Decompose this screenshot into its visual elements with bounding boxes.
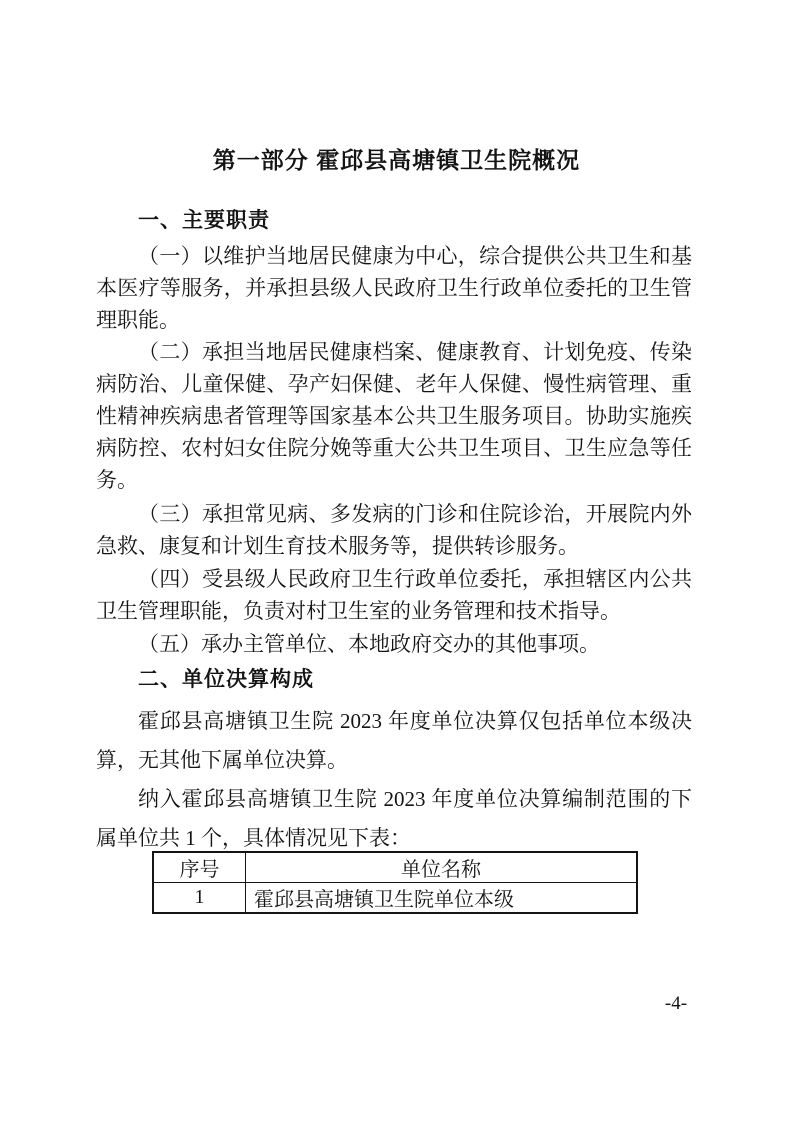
para-1: （一）以维护当地居民健康为中心，综合提供公共卫生和基本医疗等服务，并承担县级人民… — [96, 240, 692, 336]
text-line: 霍邱县高塘镇卫生院 2023 年度单位决算仅包括单位本级决 — [96, 702, 692, 741]
para-4: （四）受县级人民政府卫生行政单位委托，承担辖区内公共卫生管理职能，负责对村卫生室… — [96, 563, 692, 627]
para-5: （五）承办主管单位、本地政府交办的其他事项。 — [96, 628, 692, 660]
para-7: 纳入霍邱县高塘镇卫生院 2023 年度单位决算编制范围的下属单位共 1 个，具体… — [96, 780, 692, 858]
table-row: 1霍邱县高塘镇卫生院单位本级 — [153, 883, 637, 914]
para-6: 霍邱县高塘镇卫生院 2023 年度单位决算仅包括单位本级决算，无其他下属单位决算… — [96, 702, 692, 780]
text-line: （一）以维护当地居民健康为中心，综合提供公共卫生和基 — [96, 240, 692, 272]
text-line: 病防控、农村妇女住院分娩等重大公共卫生项目、卫生应急等任 — [96, 432, 692, 464]
text-line: （四）受县级人民政府卫生行政单位委托，承担辖区内公共 — [96, 563, 692, 595]
text-line: 卫生管理职能，负责对村卫生室的业务管理和技术指导。 — [96, 595, 692, 627]
text-line: 本医疗等服务，并承担县级人民政府卫生行政单位委托的卫生管 — [96, 272, 692, 304]
table-cell: 霍邱县高塘镇卫生院单位本级 — [246, 883, 638, 914]
text-line: （二）承担当地居民健康档案、健康教育、计划免疫、传染 — [96, 336, 692, 368]
text-line: 病防治、儿童保健、孕产妇保健、老年人保健、慢性病管理、重 — [96, 368, 692, 400]
heading-2: 二、单位决算构成 — [96, 667, 692, 693]
text-line: 算，无其他下属单位决算。 — [96, 741, 692, 780]
table-header-row: 序号单位名称 — [153, 852, 637, 883]
text-line: 纳入霍邱县高塘镇卫生院 2023 年度单位决算编制范围的下 — [96, 780, 692, 819]
text-line: 急救、康复和计划生育技术服务等，提供转诊服务。 — [96, 530, 692, 562]
text-line: 理职能。 — [96, 304, 692, 336]
document-page: 第一部分 霍邱县高塘镇卫生院概况一、主要职责（一）以维护当地居民健康为中心，综合… — [0, 0, 793, 1122]
units-table: 序号单位名称1霍邱县高塘镇卫生院单位本级 — [152, 851, 638, 914]
page-number: -4- — [641, 994, 711, 1014]
text-line: 务。 — [96, 464, 692, 496]
table-header-cell: 单位名称 — [246, 852, 638, 883]
text-line: （三）承担常见病、多发病的门诊和住院诊治，开展院内外 — [96, 498, 692, 530]
para-3: （三）承担常见病、多发病的门诊和住院诊治，开展院内外急救、康复和计划生育技术服务… — [96, 498, 692, 562]
table-cell: 1 — [153, 883, 246, 914]
text-line: 性精神疾病患者管理等国家基本公共卫生服务项目。协助实施疾 — [96, 400, 692, 432]
para-2: （二）承担当地居民健康档案、健康教育、计划免疫、传染病防治、儿童保健、孕产妇保健… — [96, 336, 692, 496]
text-line: （五）承办主管单位、本地政府交办的其他事项。 — [96, 628, 692, 660]
heading-1: 一、主要职责 — [96, 208, 692, 234]
table-header-cell: 序号 — [153, 852, 246, 883]
title: 第一部分 霍邱县高塘镇卫生院概况 — [0, 146, 793, 174]
